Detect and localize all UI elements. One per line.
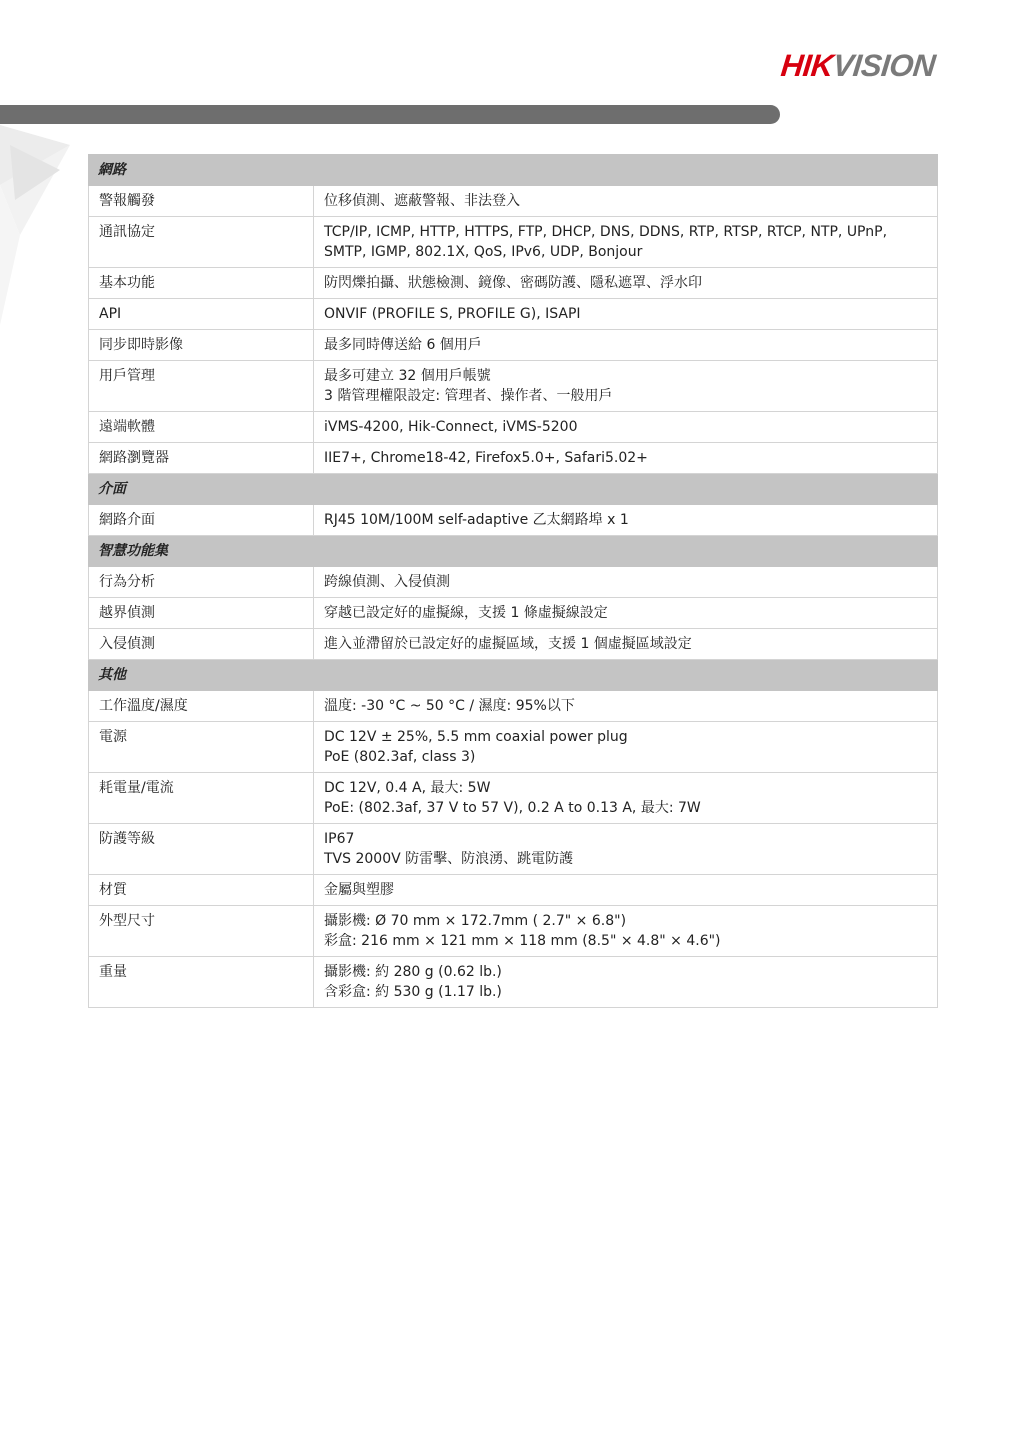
spec-value-line: 跨線偵測、入侵偵測 [324, 572, 928, 592]
spec-value: 金屬與塑膠 [314, 875, 938, 906]
spec-label: 網路瀏覽器 [89, 443, 314, 474]
spec-value-line: iVMS-4200, Hik-Connect, iVMS-5200 [324, 417, 928, 437]
spec-row: 通訊協定TCP/IP, ICMP, HTTP, HTTPS, FTP, DHCP… [89, 217, 938, 268]
spec-value-line: 3 階管理權限設定: 管理者、操作者、一般用戶 [324, 386, 928, 406]
section-header: 其他 [89, 660, 938, 691]
spec-row: 材質金屬與塑膠 [89, 875, 938, 906]
spec-label: API [89, 299, 314, 330]
spec-label: 警報觸發 [89, 186, 314, 217]
spec-value-line: DC 12V ± 25%, 5.5 mm coaxial power plug [324, 727, 928, 747]
spec-value-line: 溫度: -30 °C ~ 50 °C / 濕度: 95%以下 [324, 696, 928, 716]
spec-label: 通訊協定 [89, 217, 314, 268]
spec-row: 行為分析跨線偵測、入侵偵測 [89, 567, 938, 598]
spec-label: 耗電量/電流 [89, 773, 314, 824]
spec-label: 同步即時影像 [89, 330, 314, 361]
spec-value-line: 位移偵測、遮蔽警報、非法登入 [324, 191, 928, 211]
spec-value: IP67TVS 2000V 防雷擊、防浪湧、跳電防護 [314, 824, 938, 875]
hikvision-logo: HIKVISION [779, 48, 937, 84]
spec-value: ONVIF (PROFILE S, PROFILE G), ISAPI [314, 299, 938, 330]
spec-value-line: 最多同時傳送給 6 個用戶 [324, 335, 928, 355]
spec-row: 電源DC 12V ± 25%, 5.5 mm coaxial power plu… [89, 722, 938, 773]
spec-row: 警報觸發位移偵測、遮蔽警報、非法登入 [89, 186, 938, 217]
spec-row: 工作溫度/濕度溫度: -30 °C ~ 50 °C / 濕度: 95%以下 [89, 691, 938, 722]
spec-row: 網路介面RJ45 10M/100M self-adaptive 乙太網路埠 x … [89, 505, 938, 536]
spec-value-line: TVS 2000V 防雷擊、防浪湧、跳電防護 [324, 849, 928, 869]
spec-value-line: SMTP, IGMP, 802.1X, QoS, IPv6, UDP, Bonj… [324, 242, 928, 262]
section-header: 智慧功能集 [89, 536, 938, 567]
spec-label: 工作溫度/濕度 [89, 691, 314, 722]
spec-value: 攝影機: 約 280 g (0.62 lb.)含彩盒: 約 530 g (1.1… [314, 957, 938, 1008]
spec-value-line: 最多可建立 32 個用戶帳號 [324, 366, 928, 386]
spec-row: 越界偵測穿越已設定好的虛擬線，支援 1 條虛擬線設定 [89, 598, 938, 629]
spec-row: 防護等級IP67TVS 2000V 防雷擊、防浪湧、跳電防護 [89, 824, 938, 875]
logo-hik-text: HIK [779, 48, 835, 83]
spec-value: DC 12V, 0.4 A, 最大: 5WPoE: (802.3af, 37 V… [314, 773, 938, 824]
spec-value-line: 含彩盒: 約 530 g (1.17 lb.) [324, 982, 928, 1002]
spec-value: 最多可建立 32 個用戶帳號3 階管理權限設定: 管理者、操作者、一般用戶 [314, 361, 938, 412]
spec-label: 入侵偵測 [89, 629, 314, 660]
spec-label: 防護等級 [89, 824, 314, 875]
spec-value: IIE7+, Chrome18-42, Firefox5.0+, Safari5… [314, 443, 938, 474]
spec-value-line: 金屬與塑膠 [324, 880, 928, 900]
spec-row: 重量攝影機: 約 280 g (0.62 lb.)含彩盒: 約 530 g (1… [89, 957, 938, 1008]
spec-value: 穿越已設定好的虛擬線，支援 1 條虛擬線設定 [314, 598, 938, 629]
spec-value-line: DC 12V, 0.4 A, 最大: 5W [324, 778, 928, 798]
spec-value-line: 攝影機: 約 280 g (0.62 lb.) [324, 962, 928, 982]
spec-value: 進入並滯留於已設定好的虛擬區域，支援 1 個虛擬區域設定 [314, 629, 938, 660]
spec-table: 網路警報觸發位移偵測、遮蔽警報、非法登入通訊協定TCP/IP, ICMP, HT… [88, 154, 938, 1008]
section-title: 其他 [89, 660, 938, 691]
spec-value-line: 穿越已設定好的虛擬線，支援 1 條虛擬線設定 [324, 603, 928, 623]
spec-label: 網路介面 [89, 505, 314, 536]
spec-value: RJ45 10M/100M self-adaptive 乙太網路埠 x 1 [314, 505, 938, 536]
logo-vision-text: VISION [831, 48, 937, 83]
spec-value-line: 進入並滯留於已設定好的虛擬區域，支援 1 個虛擬區域設定 [324, 634, 928, 654]
spec-label: 電源 [89, 722, 314, 773]
spec-row: 同步即時影像最多同時傳送給 6 個用戶 [89, 330, 938, 361]
spec-value-line: 彩盒: 216 mm × 121 mm × 118 mm (8.5" × 4.8… [324, 931, 928, 951]
spec-label: 基本功能 [89, 268, 314, 299]
spec-row: 耗電量/電流DC 12V, 0.4 A, 最大: 5WPoE: (802.3af… [89, 773, 938, 824]
spec-label: 重量 [89, 957, 314, 1008]
spec-value-line: RJ45 10M/100M self-adaptive 乙太網路埠 x 1 [324, 510, 928, 530]
spec-value: 防閃爍拍攝、狀態檢測、鏡像、密碼防護、隱私遮罩、浮水印 [314, 268, 938, 299]
spec-value-line: PoE (802.3af, class 3) [324, 747, 928, 767]
spec-value: 攝影機: Ø 70 mm × 172.7mm ( 2.7" × 6.8")彩盒:… [314, 906, 938, 957]
decorative-triangles-icon [0, 125, 80, 325]
spec-value: iVMS-4200, Hik-Connect, iVMS-5200 [314, 412, 938, 443]
spec-value: 跨線偵測、入侵偵測 [314, 567, 938, 598]
spec-value: 溫度: -30 °C ~ 50 °C / 濕度: 95%以下 [314, 691, 938, 722]
spec-row: 網路瀏覽器IIE7+, Chrome18-42, Firefox5.0+, Sa… [89, 443, 938, 474]
spec-label: 用戶管理 [89, 361, 314, 412]
spec-value-line: ONVIF (PROFILE S, PROFILE G), ISAPI [324, 304, 928, 324]
spec-value-line: 防閃爍拍攝、狀態檢測、鏡像、密碼防護、隱私遮罩、浮水印 [324, 273, 928, 293]
spec-row: 用戶管理最多可建立 32 個用戶帳號3 階管理權限設定: 管理者、操作者、一般用… [89, 361, 938, 412]
section-title: 網路 [89, 155, 938, 186]
section-header: 介面 [89, 474, 938, 505]
spec-value: 位移偵測、遮蔽警報、非法登入 [314, 186, 938, 217]
spec-value-line: PoE: (802.3af, 37 V to 57 V), 0.2 A to 0… [324, 798, 928, 818]
spec-row: 外型尺寸攝影機: Ø 70 mm × 172.7mm ( 2.7" × 6.8"… [89, 906, 938, 957]
spec-value-line: TCP/IP, ICMP, HTTP, HTTPS, FTP, DHCP, DN… [324, 222, 928, 242]
spec-label: 行為分析 [89, 567, 314, 598]
spec-row: APIONVIF (PROFILE S, PROFILE G), ISAPI [89, 299, 938, 330]
spec-value: TCP/IP, ICMP, HTTP, HTTPS, FTP, DHCP, DN… [314, 217, 938, 268]
spec-row: 遠端軟體iVMS-4200, Hik-Connect, iVMS-5200 [89, 412, 938, 443]
spec-label: 外型尺寸 [89, 906, 314, 957]
section-header: 網路 [89, 155, 938, 186]
spec-value: DC 12V ± 25%, 5.5 mm coaxial power plugP… [314, 722, 938, 773]
spec-value-line: IIE7+, Chrome18-42, Firefox5.0+, Safari5… [324, 448, 928, 468]
spec-label: 材質 [89, 875, 314, 906]
spec-label: 越界偵測 [89, 598, 314, 629]
header-bar [0, 105, 780, 124]
section-title: 智慧功能集 [89, 536, 938, 567]
spec-row: 基本功能防閃爍拍攝、狀態檢測、鏡像、密碼防護、隱私遮罩、浮水印 [89, 268, 938, 299]
spec-value-line: 攝影機: Ø 70 mm × 172.7mm ( 2.7" × 6.8") [324, 911, 928, 931]
spec-value-line: IP67 [324, 829, 928, 849]
section-title: 介面 [89, 474, 938, 505]
spec-row: 入侵偵測進入並滯留於已設定好的虛擬區域，支援 1 個虛擬區域設定 [89, 629, 938, 660]
spec-label: 遠端軟體 [89, 412, 314, 443]
spec-value: 最多同時傳送給 6 個用戶 [314, 330, 938, 361]
